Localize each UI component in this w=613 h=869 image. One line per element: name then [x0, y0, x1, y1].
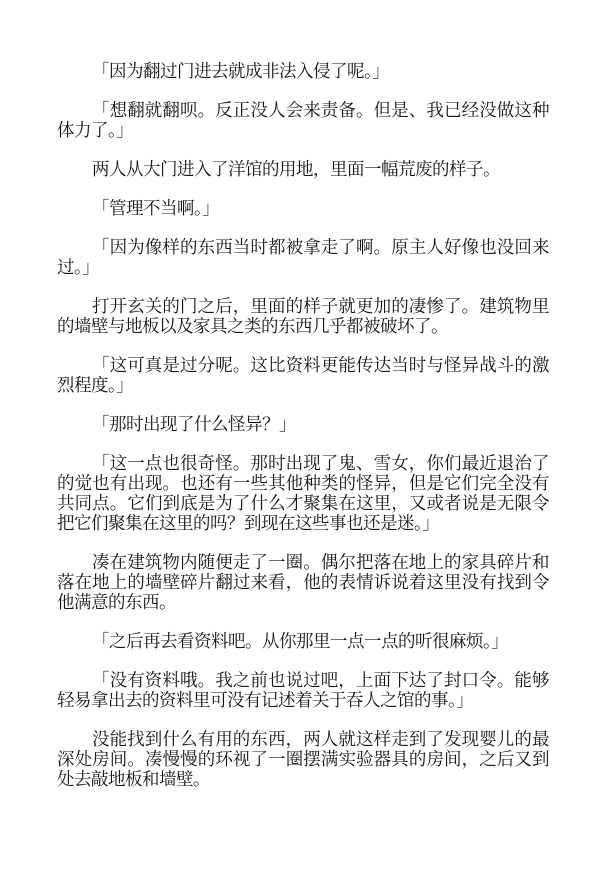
paragraph-dialogue: 「之后再去看资料吧。从你那里一点一点的听很麻烦。」	[57, 632, 549, 652]
paragraph-dialogue: 「管理不当啊。」	[57, 199, 549, 219]
paragraph-narration: 没能找到什么有用的东西，两人就这样走到了发现婴儿的最深处房间。凑慢慢的环视了一圈…	[57, 730, 549, 790]
paragraph-dialogue: 「没有资料哦。我之前也说过吧，上面下达了封口令。能够轻易拿出去的资料里可没有记述…	[57, 671, 549, 711]
paragraph-dialogue: 「这可真是过分呢。这比资料更能传达当时与怪异战斗的激烈程度。」	[57, 356, 549, 396]
paragraph-narration: 打开玄关的门之后，里面的样子就更加的凄惨了。建筑物里的墙壁与地板以及家具之类的东…	[57, 297, 549, 337]
paragraph-dialogue: 「想翻就翻呗。反正没人会来责备。但是、我已经没做这种体力了。」	[57, 101, 549, 141]
paragraph-narration: 凑在建筑物内随便走了一圈。偶尔把落在地上的家具碎片和落在地上的墙壁碎片翻过来看，…	[57, 553, 549, 613]
paragraph-dialogue: 「因为翻过门进去就成非法入侵了呢。」	[57, 62, 549, 82]
paragraph-dialogue: 「这一点也很奇怪。那时出现了鬼、雪女，你们最近退治了的觉也有出现。也还有一些其他…	[57, 454, 549, 534]
paragraph-dialogue: 「因为像样的东西当时都被拿走了啊。原主人好像也没回来过。」	[57, 238, 549, 278]
paragraph-dialogue: 「那时出现了什么怪异？」	[57, 415, 549, 435]
document-page: 「因为翻过门进去就成非法入侵了呢。」 「想翻就翻呗。反正没人会来责备。但是、我已…	[57, 62, 549, 790]
paragraph-narration: 两人从大门进入了洋馆的用地，里面一幅荒废的样子。	[57, 160, 549, 180]
